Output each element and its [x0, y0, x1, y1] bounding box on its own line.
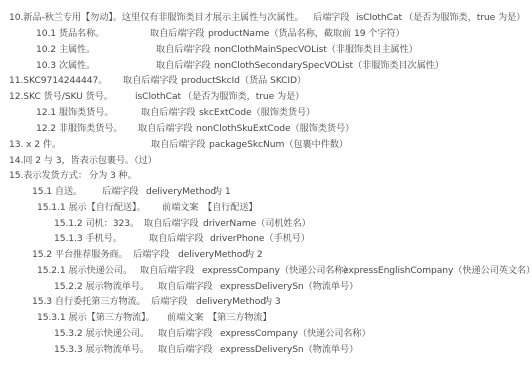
text-segment: 10.2 主属性。	[36, 43, 95, 57]
text-segment: packageSkcNum（包裹中件数）	[209, 138, 348, 152]
text-segment: expressCompany（快递公司名称）	[220, 327, 371, 341]
text-segment: 10.新品-秋兰专用【勿动】。这里仅有非服饰类目才展示主属性与次属性。	[9, 11, 304, 25]
text-segment: 取自后端字段	[144, 217, 199, 231]
text-segment: nonClothSkuExtCode（服饰类货号）	[196, 122, 354, 136]
text-segment: deliveryMethod	[178, 248, 248, 262]
text-segment: productName（货品名称，截取前 19 个字符）	[208, 27, 405, 41]
text-segment: 15.1 自送。	[32, 185, 82, 199]
text-segment: 15.3 自行委托第三方物流。	[32, 295, 146, 309]
text-segment: 15.2 平台推荐服务商。	[32, 248, 128, 262]
text-segment: expressEnglishCompany（快递公司英文名）	[343, 264, 532, 278]
text-segment: isClothCat	[135, 90, 181, 104]
text-segment: 12.1 服饰类货号。	[36, 106, 113, 120]
text-segment: 12.2 非服饰类货号。	[36, 122, 123, 136]
text-segment: 为 1	[213, 185, 231, 199]
text-segment: 为 2	[245, 248, 263, 262]
text-segment: 15.3.1 展示【第三方物流】。	[37, 311, 155, 325]
text-segment: 11.SKC9714244447。	[9, 74, 107, 88]
text-segment: expressCompany（快递公司名称）	[202, 264, 353, 278]
text-segment: driverPhone（手机号）	[210, 232, 310, 246]
document-page: 10.新品-秋兰专用【勿动】。这里仅有非服饰类目才展示主属性与次属性。后端字段i…	[0, 0, 532, 377]
text-segment: 15.3.2 展示快递公司。	[54, 327, 149, 341]
text-segment: 后端字段	[102, 185, 138, 199]
text-segment: 取自后端字段	[138, 122, 193, 136]
text-segment: deliveryMethod	[196, 295, 266, 309]
text-segment: （是否为服饰类，true 为是）	[183, 90, 304, 104]
text-segment: 分为 3 种。	[89, 169, 137, 183]
text-segment: 10.3 次属性。	[36, 59, 95, 73]
text-segment: expressDeliverySn（物流单号）	[220, 280, 358, 294]
text-segment: 【第三方物流】	[208, 311, 272, 325]
text-segment: 13. x 2 件。	[9, 138, 61, 152]
text-segment: 15.1.1 展示【自行配送】。	[37, 201, 146, 215]
text-segment: 后端字段	[133, 248, 169, 262]
text-segment: 取自后端字段	[158, 280, 213, 294]
text-segment: 取自后端字段	[123, 74, 178, 88]
text-segment: nonClothMainSpecVOList（非服饰类目主属性）	[214, 43, 418, 57]
text-segment: isClothCat	[356, 11, 402, 25]
text-segment: 后端字段	[313, 11, 349, 25]
text-segment: deliveryMethod	[146, 185, 216, 199]
text-segment: 取自后端字段	[150, 27, 205, 41]
text-segment: 后端字段	[151, 295, 187, 309]
text-segment: 取自后端字段	[140, 264, 195, 278]
text-segment: 为 3	[263, 295, 281, 309]
text-segment: 取自后端字段	[151, 138, 206, 152]
text-segment: skcExtCode（服饰类货号）	[199, 106, 315, 120]
text-segment: 取自后端字段	[141, 106, 196, 120]
text-segment: 15.表示发货方式：	[9, 169, 87, 183]
text-segment: 14.同 2 与 3，皆表示包裹号。（过）	[9, 154, 157, 168]
text-segment: nonClothSecondarySpecVOList（非服饰类目次属性）	[214, 59, 444, 73]
text-segment: 15.2.1 展示快递公司。	[37, 264, 132, 278]
text-segment: （是否为服饰类，true 为是）	[404, 11, 525, 25]
text-segment: 前端文案	[162, 201, 198, 215]
text-segment: 15.2.2 展示物流单号。	[54, 280, 149, 294]
text-segment: 12.SKC 货号/SKU 货号。	[9, 90, 113, 104]
text-segment: 【自行配送】	[203, 201, 258, 215]
text-segment: 取自后端字段	[156, 59, 211, 73]
text-segment: 取自后端字段	[149, 232, 204, 246]
text-segment: 15.1.3 手机号。	[54, 232, 122, 246]
text-segment: 10.1 货品名称。	[36, 27, 104, 41]
text-segment: 15.3.3 展示物流单号。	[54, 343, 149, 357]
text-segment: 取自后端字段	[158, 327, 213, 341]
text-segment: 15.1.2 司机：323。	[54, 217, 139, 231]
text-segment: expressDeliverySn（物流单号）	[220, 343, 358, 357]
text-segment: 取自后端字段	[156, 43, 211, 57]
text-segment: 前端文案	[167, 311, 203, 325]
text-segment: productSkcId（货品 SKCID）	[181, 74, 306, 88]
text-segment: 取自后端字段	[158, 343, 213, 357]
text-segment: driverName（司机姓名）	[203, 217, 311, 231]
